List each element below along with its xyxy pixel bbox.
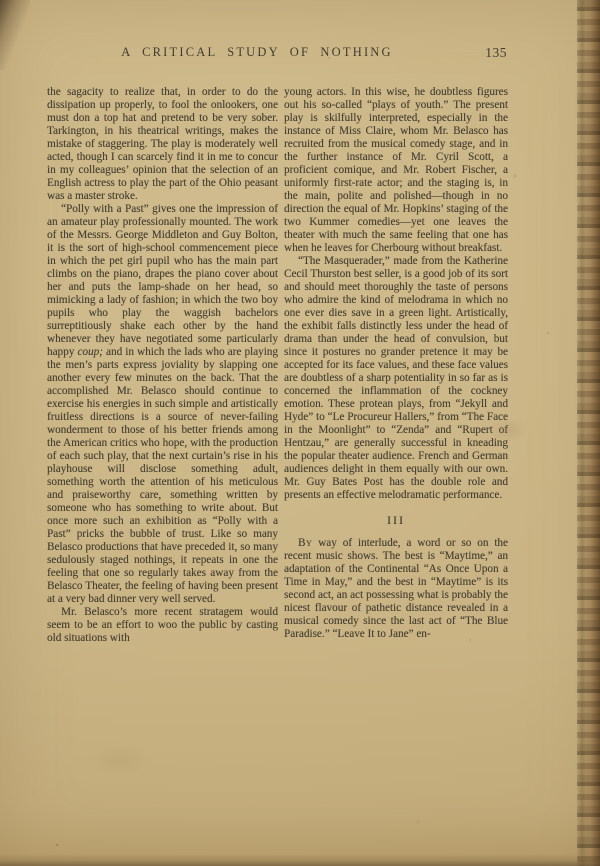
right-column: young actors. In this wise, he doubtless… [284, 86, 508, 641]
paragraph: young actors. In this wise, he doubtless… [284, 86, 508, 255]
paragraph: “The Masquerader,” made from the Katheri… [284, 255, 508, 502]
left-column: the sagacity to realize that, in order t… [47, 86, 278, 645]
text-run: and in which the lads who are playing th… [47, 346, 278, 605]
text-run: “The Masquerader,” made from the Katheri… [284, 255, 508, 501]
text-run: young actors. In this wise, he doubtless… [284, 86, 508, 254]
running-title: A CRITICAL STUDY OF NOTHING [47, 45, 467, 60]
text-run: By [298, 537, 312, 549]
paragraph: By way of interlude, a word or so on the… [284, 537, 508, 641]
text-run: “Polly with a Past” gives one the impres… [47, 203, 278, 358]
text-run: the sagacity to realize that, in order t… [47, 86, 278, 202]
paragraph: the sagacity to realize that, in order t… [47, 86, 278, 203]
corner-stain [0, 0, 30, 70]
book-page: A CRITICAL STUDY OF NOTHING 135 the saga… [0, 0, 600, 866]
text-run: Mr. Belasco’s more recent stratagem woul… [47, 606, 278, 644]
paragraph: Mr. Belasco’s more recent stratagem woul… [47, 606, 278, 645]
fore-edge-texture [577, 0, 600, 866]
text-run: coup; [77, 346, 102, 358]
paragraph: “Polly with a Past” gives one the impres… [47, 203, 278, 606]
page-bottom-shadow [0, 854, 600, 866]
section-heading: III [284, 514, 508, 527]
page-header: A CRITICAL STUDY OF NOTHING 135 [47, 45, 507, 63]
text-run: way of interlude, a word or so on the re… [284, 537, 508, 640]
page-number: 135 [485, 45, 507, 61]
